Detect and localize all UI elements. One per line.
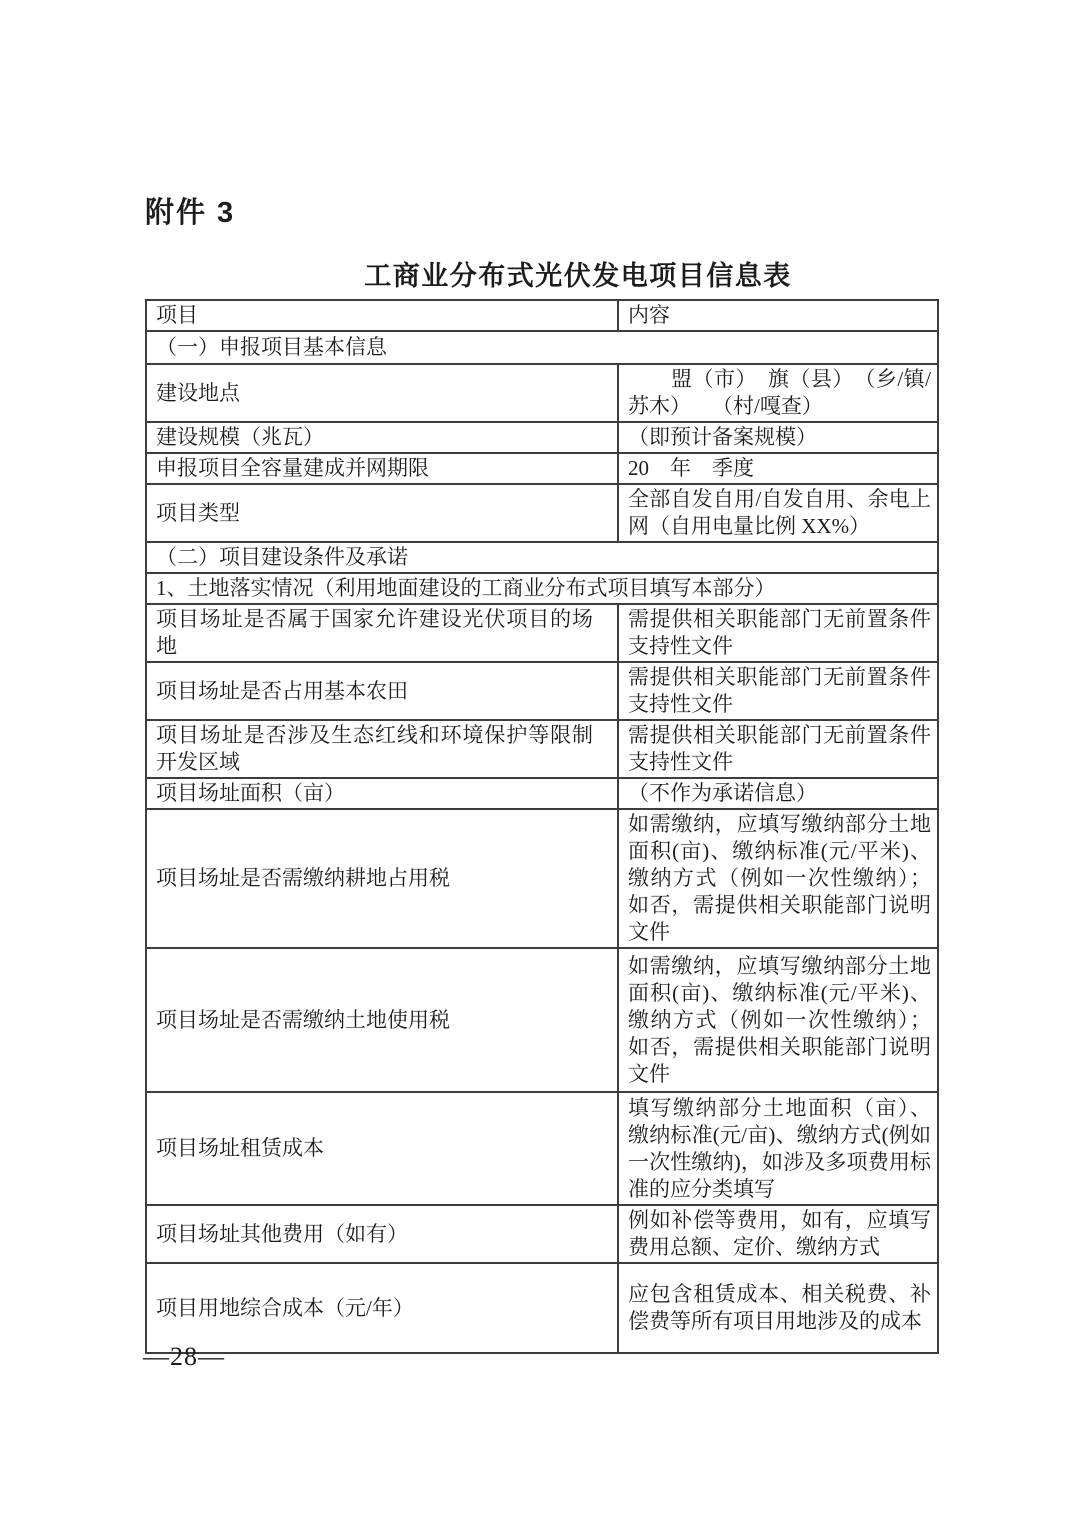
table-row: 项目类型 全部自发自用/自发自用、余电上网（自用电量比例 XX%）: [146, 484, 938, 542]
content-value: 需提供相关职能部门无前置条件支持性文件: [618, 662, 938, 720]
item-label: 项目场址是否需缴纳土地使用税: [146, 948, 618, 1092]
content-value: 全部自发自用/自发自用、余电上网（自用电量比例 XX%）: [618, 484, 938, 542]
content-value: 需提供相关职能部门无前置条件支持性文件: [618, 604, 938, 662]
section-title: （二）项目建设条件及承诺: [146, 542, 938, 573]
attachment-label: 附件 3: [145, 190, 235, 231]
table-row: 项目场址租赁成本 填写缴纳部分土地面积（亩）、缴纳标准(元/亩)、缴纳方式(例如…: [146, 1092, 938, 1205]
document-page: 附件 3 工商业分布式光伏发电项目信息表 项目 内容 （一）申报项目基本信息 建…: [0, 0, 1080, 1528]
table-row: 项目用地综合成本（元/年） 应包含租赁成本、相关税费、补偿费等所有项目用地涉及的…: [146, 1263, 938, 1353]
page-number: —28—: [143, 1342, 225, 1372]
table-row: 项目场址是否属于国家允许建设光伏项目的场地 需提供相关职能部门无前置条件支持性文…: [146, 604, 938, 662]
item-label: 项目场址是否占用基本农田: [146, 662, 618, 720]
table-row: 项目场址其他费用（如有） 例如补偿等费用，如有，应填写费用总额、定价、缴纳方式: [146, 1205, 938, 1263]
section-row: （一）申报项目基本信息: [146, 331, 938, 364]
item-label: 项目场址是否需缴纳耕地占用税: [146, 809, 618, 948]
table-row: 项目场址是否需缴纳耕地占用税 如需缴纳，应填写缴纳部分土地面积(亩)、缴纳标准(…: [146, 809, 938, 948]
content-value: 如需缴纳，应填写缴纳部分土地面积(亩)、缴纳标准(元/平米)、缴纳方式（例如一次…: [618, 948, 938, 1092]
content-value: 盟（市） 旗（县） （乡/镇/苏木） （村/嘎查）: [618, 364, 938, 422]
table-row: 项目场址是否涉及生态红线和环境保护等限制开发区域 需提供相关职能部门无前置条件支…: [146, 720, 938, 778]
column-header-item: 项目: [146, 300, 618, 331]
item-label: 申报项目全容量建成并网期限: [146, 453, 618, 484]
item-label: 项目场址租赁成本: [146, 1092, 618, 1205]
column-header-content: 内容: [618, 300, 938, 331]
content-value: （即预计备案规模）: [618, 422, 938, 453]
table-row: 建设地点 盟（市） 旗（县） （乡/镇/苏木） （村/嘎查）: [146, 364, 938, 422]
content-value: 应包含租赁成本、相关税费、补偿费等所有项目用地涉及的成本: [618, 1263, 938, 1353]
page-title: 工商业分布式光伏发电项目信息表: [145, 254, 937, 293]
item-label: 项目场址是否属于国家允许建设光伏项目的场地: [146, 604, 618, 662]
table-row: 项目场址是否需缴纳土地使用税 如需缴纳，应填写缴纳部分土地面积(亩)、缴纳标准(…: [146, 948, 938, 1092]
table-row: 项目场址面积（亩） （不作为承诺信息）: [146, 778, 938, 809]
content-value: 填写缴纳部分土地面积（亩）、缴纳标准(元/亩)、缴纳方式(例如一次性缴纳)，如涉…: [618, 1092, 938, 1205]
project-info-table: 项目 内容 （一）申报项目基本信息 建设地点 盟（市） 旗（县） （乡/镇/苏木…: [145, 299, 939, 1354]
content-value: 如需缴纳，应填写缴纳部分土地面积(亩)、缴纳标准(元/平米)、缴纳方式（例如一次…: [618, 809, 938, 948]
table-row: 申报项目全容量建成并网期限 20 年 季度: [146, 453, 938, 484]
item-label: 建设地点: [146, 364, 618, 422]
item-label: 项目场址面积（亩）: [146, 778, 618, 809]
content-value: （不作为承诺信息）: [618, 778, 938, 809]
table-row: 项目场址是否占用基本农田 需提供相关职能部门无前置条件支持性文件: [146, 662, 938, 720]
table-header-row: 项目 内容: [146, 300, 938, 331]
item-label: 项目用地综合成本（元/年）: [146, 1263, 618, 1353]
item-label: 项目类型: [146, 484, 618, 542]
item-label: 项目场址是否涉及生态红线和环境保护等限制开发区域: [146, 720, 618, 778]
item-label: 建设规模（兆瓦）: [146, 422, 618, 453]
section-row: （二）项目建设条件及承诺: [146, 542, 938, 573]
section-title: （一）申报项目基本信息: [146, 331, 938, 364]
section-title: 1、土地落实情况（利用地面建设的工商业分布式项目填写本部分）: [146, 573, 938, 604]
item-label: 项目场址其他费用（如有）: [146, 1205, 618, 1263]
section-row: 1、土地落实情况（利用地面建设的工商业分布式项目填写本部分）: [146, 573, 938, 604]
table-row: 建设规模（兆瓦） （即预计备案规模）: [146, 422, 938, 453]
content-value: 例如补偿等费用，如有，应填写费用总额、定价、缴纳方式: [618, 1205, 938, 1263]
content-value: 需提供相关职能部门无前置条件支持性文件: [618, 720, 938, 778]
content-value: 20 年 季度: [618, 453, 938, 484]
